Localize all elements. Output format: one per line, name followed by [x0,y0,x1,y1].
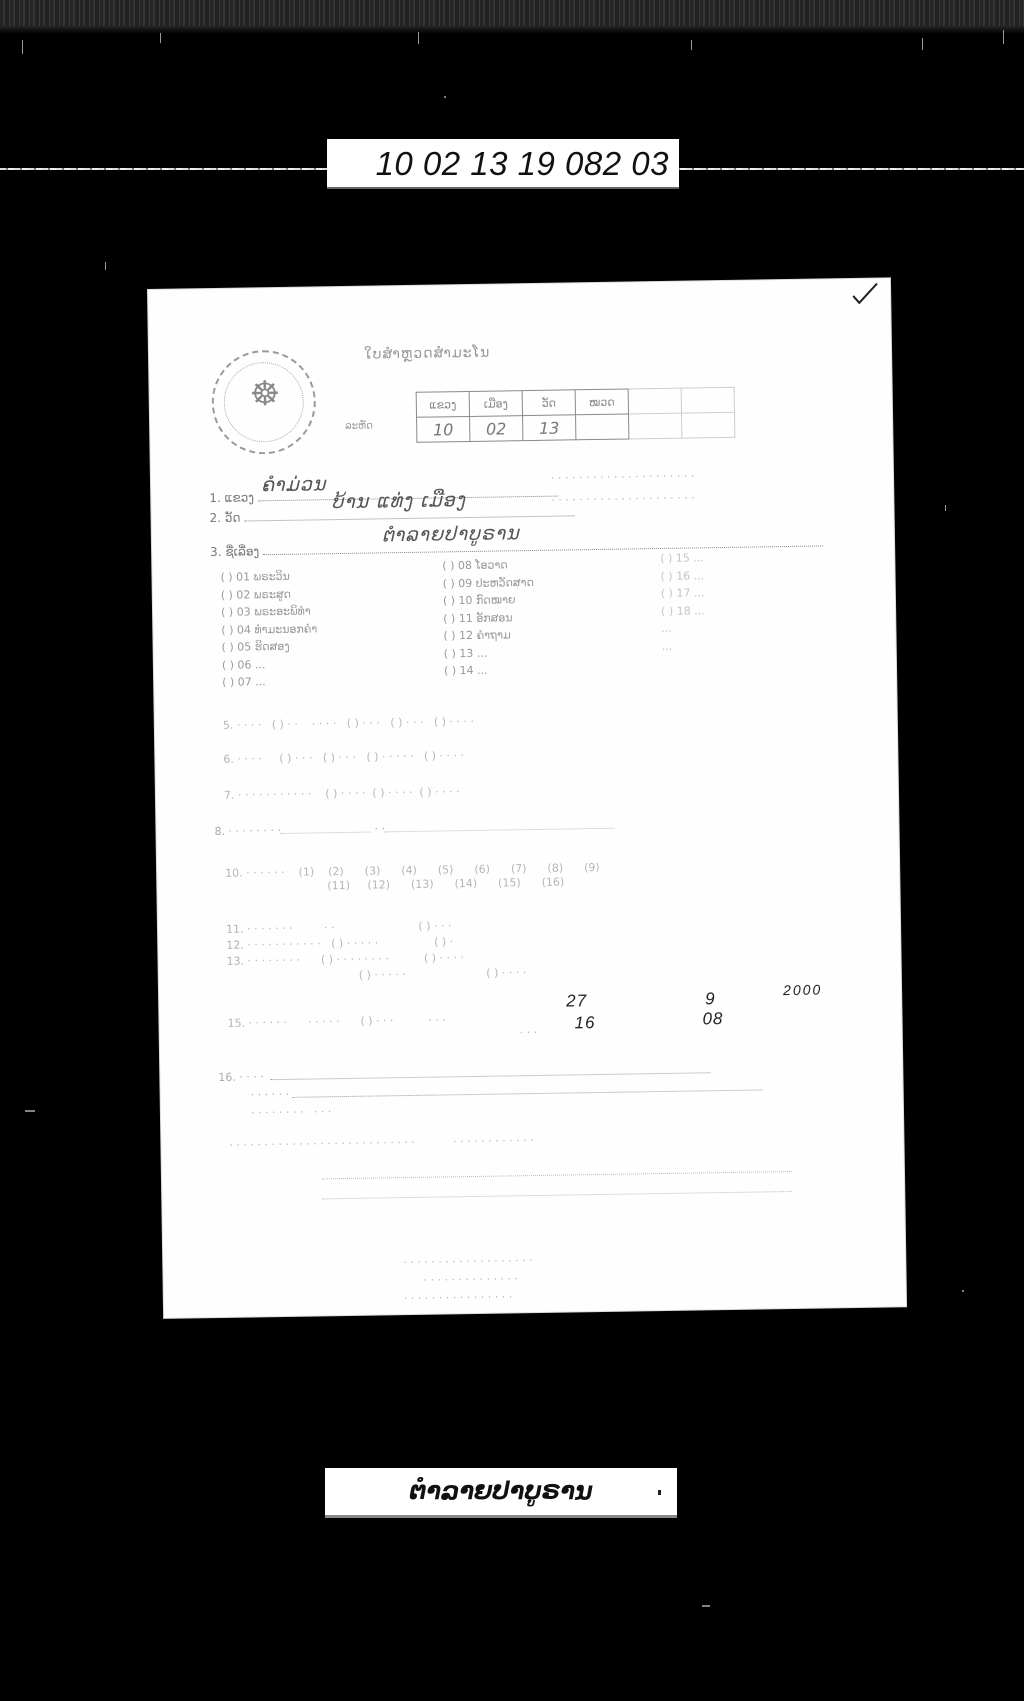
film-speck [25,1110,35,1112]
faded-form-row: 15. · · · · · · · · · · · ( ) · · · · · … [227,1013,446,1029]
code-header: ໝວດ [575,389,628,415]
code-value: 02 [470,416,523,442]
faded-form-row: 5. · · · · ( ) · · · · · · ( ) · · · ( )… [223,715,474,732]
code-header [681,387,734,413]
code-value: 13 [523,415,576,441]
code-table: ແຂວງ ເມືອງ ວັດ ໝວດ 10 02 13 [416,387,736,443]
caption-label: ຕຳລາຍປາບູຣານ [325,1468,677,1518]
film-scratch [1003,30,1004,44]
film-scratch [922,38,923,50]
film-scratch [945,505,946,511]
code-header: ເມືອງ [469,391,522,417]
field-remarks-2: · · · · · · [251,1080,763,1101]
film-scratch [22,40,23,54]
code-header: ແຂວງ [416,391,469,417]
code-value [629,413,682,439]
film-noise-band [0,0,1024,32]
faded-form-row: · · · · · · · · · · · · · · · · · · · · … [229,1134,533,1152]
faded-side-labels: · · · · · · · · · · · · · · · · · · · · … [551,469,695,484]
code-value: 10 [417,416,470,442]
faded-side-labels: · · · · · · · · · · · · · · · · · · · · … [551,491,695,506]
handwritten-day-1: 27 [566,991,587,1011]
film-speck [444,96,446,98]
checkmark-icon [850,281,880,307]
faded-form-row: · · · [520,1026,538,1039]
field-row-8: 8. · · · · · · · · · · [214,819,615,838]
caption-text: ຕຳລາຍປາບູຣານ [325,1477,677,1505]
faded-footer-text: · · · · · · · · · · · · · · · · · · · [403,1254,533,1269]
film-scratch [105,262,106,270]
handwritten-temple: ບ້ານ ແທ່ງ ເມືອງ [331,489,466,513]
film-speck [962,1290,964,1292]
reference-number: 10 02 13 19 082 03 [376,145,669,183]
handwritten-year-1: 2000 [783,981,822,998]
code-value [681,412,734,438]
faded-form-row: 6. · · · · ( ) · · · ( ) · · · ( ) · · ·… [223,749,464,766]
handwritten-month-2: 08 [702,1009,723,1029]
form-title: ໃບສຳຫຼວດສຳມະໂນ [364,345,490,363]
code-header [628,388,681,414]
category-options-col-3: ( ) 15 ... ( ) 16 ... ( ) 17 ... ( ) 18 … [660,549,705,655]
category-options-col-2: ( ) 08 ໂອວາດ ( ) 09 ປະຫວັດສາດ ( ) 10 ກົດ… [442,556,535,680]
film-scratch [160,33,161,43]
code-table-label: ລະຫັດ [345,420,373,431]
faded-page-count-row: (11) (12) (13) (14) (15) (16) [327,876,564,893]
faded-footer-text: · · · · · · · · · · · · · · · · [404,1290,513,1305]
field-remarks: 16. · · · · [218,1063,711,1084]
handwritten-month-1: 9 [705,989,716,1009]
reference-number-label: 10 02 13 19 082 03 [327,139,679,189]
signature-line [322,1190,792,1199]
signature-line [322,1170,792,1179]
film-scratch [691,40,692,50]
category-options-col-1: ( ) 01 ພຣະວິນ ( ) 02 ພຣະສູດ ( ) 03 ພຣະອະ… [220,567,318,691]
official-seal-icon: ☸ [211,349,317,455]
film-speck [702,1605,710,1607]
code-header: ວັດ [522,390,575,416]
faded-footer-text: · · · · · · · · · · · · · · [423,1272,518,1286]
faded-form-row: 12. · · · · · · · · · · · ( ) · · · · · … [226,935,453,952]
film-scratch [418,32,419,44]
code-value [576,414,629,440]
caption-dot [658,1490,661,1495]
faded-form-row: · · · · · · · · · · · [251,1105,332,1119]
faded-form-row: 7. · · · · · · · · · · · ( ) · · · · ( )… [224,785,460,802]
handwritten-day-2: 16 [574,1013,595,1033]
scanned-form-page: ☸ ໃບສຳຫຼວດສຳມະໂນ ລະຫັດ ແຂວງ ເມືອງ ວັດ ໝວ… [148,278,906,1318]
handwritten-province: ຄຳມ່ວນ [261,473,327,496]
handwritten-title: ຕຳລາຍປາບູຣານ [382,522,520,546]
faded-form-row: 11. · · · · · · · · · ( ) · · · [226,919,452,936]
faded-form-row: ( ) · · · · · ( ) · · · · [359,966,527,982]
faded-form-row: 13. · · · · · · · · ( ) · · · · · · · · … [226,951,464,968]
